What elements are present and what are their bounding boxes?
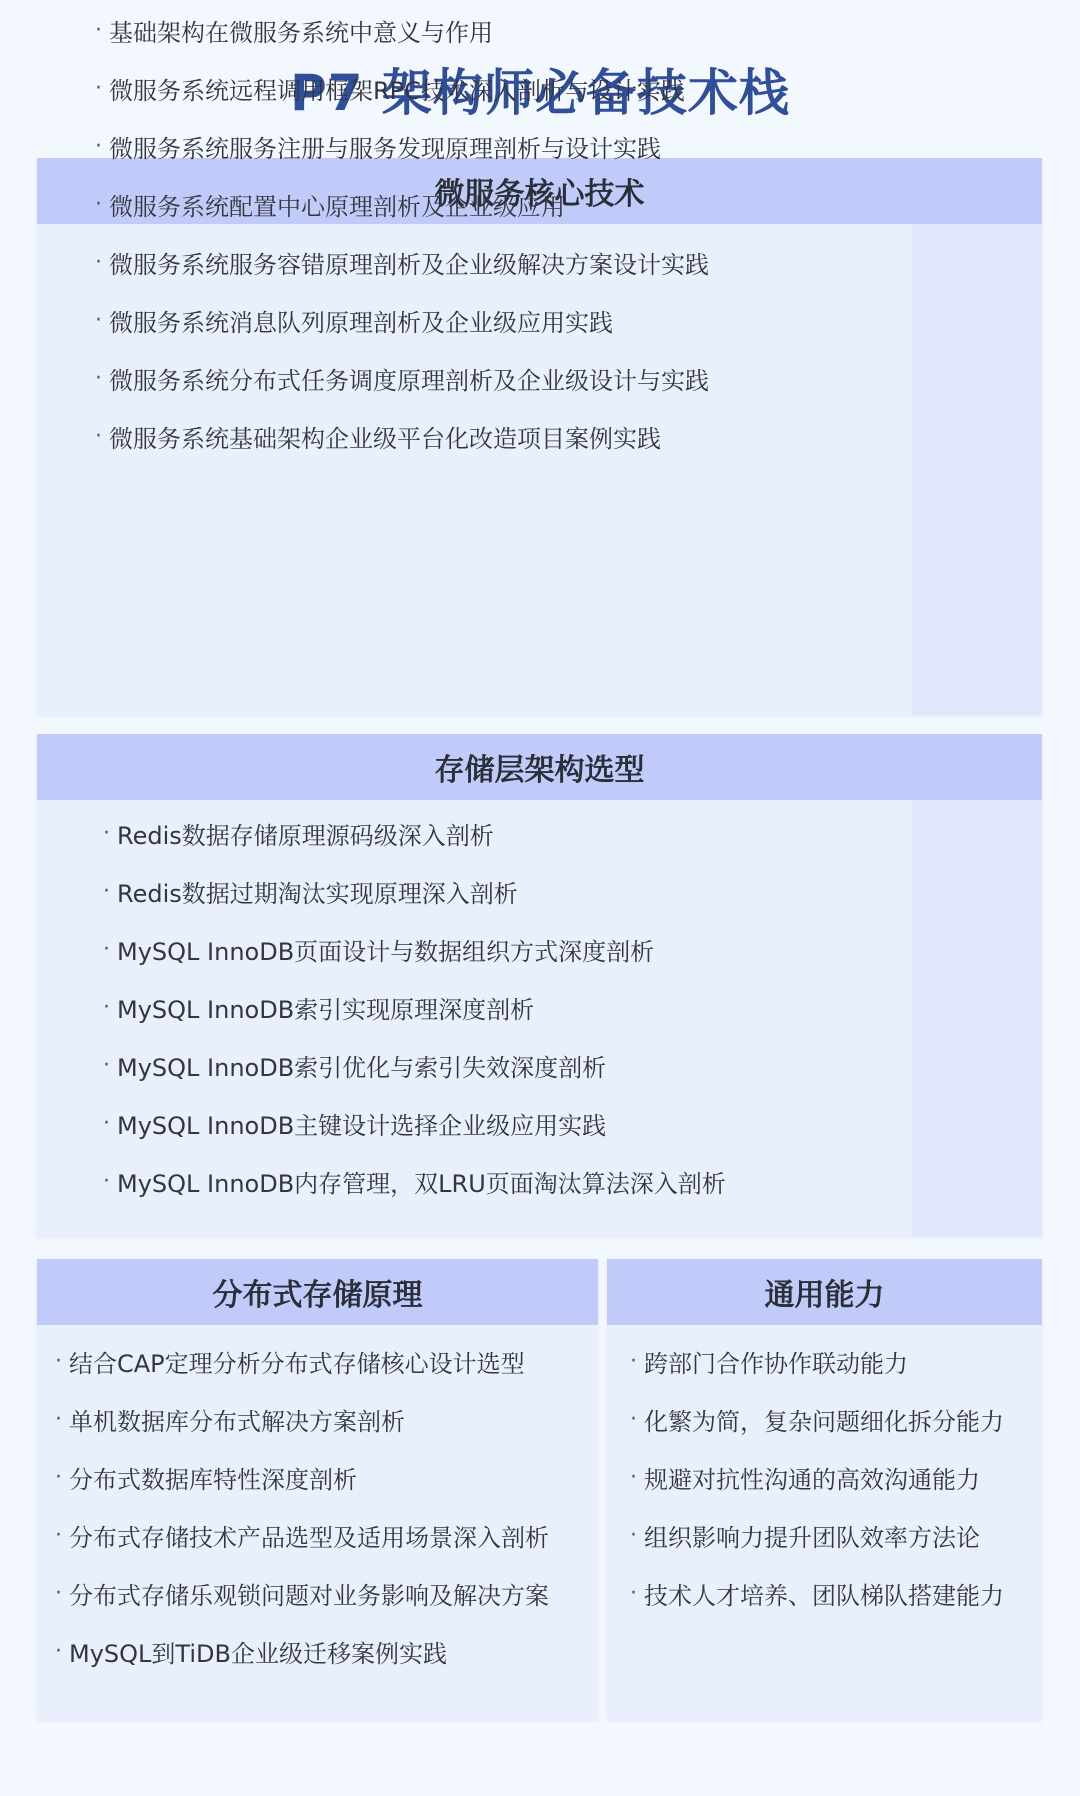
item-text: 分布式数据库特性深度剖析 xyxy=(69,1460,357,1495)
bullet-icon: · xyxy=(103,995,117,1020)
item-text: MySQL到TiDB企业级迁移案例实践 xyxy=(69,1634,447,1669)
item-text: Redis数据过期淘汰实现原理深入剖析 xyxy=(117,874,518,909)
bullet-icon: · xyxy=(630,1349,644,1374)
bullet-icon: · xyxy=(95,134,109,159)
bullet-icon: · xyxy=(103,1111,117,1136)
bullet-icon: · xyxy=(95,366,109,391)
list-item: ·MySQL InnoDB索引实现原理深度剖析 xyxy=(37,978,1042,1036)
item-text: MySQL InnoDB内存管理，双LRU页面淘汰算法深入剖析 xyxy=(117,1164,726,1199)
list-item: ·微服务系统服务容错原理剖析及企业级解决方案设计实践 xyxy=(37,233,1042,291)
list-item: ·组织影响力提升团队效率方法论 xyxy=(607,1506,1042,1564)
bullet-icon: · xyxy=(95,308,109,333)
bullet-icon: · xyxy=(95,76,109,101)
section-general-abilities: 通用能力 ·跨部门合作协作联动能力 ·化繁为简，复杂问题细化拆分能力 ·规避对抗… xyxy=(607,1259,1042,1720)
item-text: 微服务系统消息队列原理剖析及企业级应用实践 xyxy=(109,303,613,338)
section-microservices: 微服务核心技术 ·基础架构在微服务系统中意义与作用 ·微服务系统远程调用框架RP… xyxy=(37,158,1042,715)
list-item: ·规避对抗性沟通的高效沟通能力 xyxy=(607,1448,1042,1506)
section-storage: 存储层架构选型 ·Redis数据存储原理源码级深入剖析 ·Redis数据过期淘汰… xyxy=(37,734,1042,1237)
section-title: 分布式存储原理 xyxy=(213,1270,423,1314)
bullet-icon: · xyxy=(103,937,117,962)
item-text: 微服务系统服务注册与服务发现原理剖析与设计实践 xyxy=(109,129,661,164)
bullet-icon: · xyxy=(55,1349,69,1374)
item-text: MySQL InnoDB页面设计与数据组织方式深度剖析 xyxy=(117,932,654,967)
bullet-icon: · xyxy=(95,424,109,449)
section-header: 通用能力 xyxy=(607,1259,1042,1325)
item-list: ·基础架构在微服务系统中意义与作用 ·微服务系统远程调用框架RPC技术深入剖析与… xyxy=(37,0,1042,465)
list-item: ·单机数据库分布式解决方案剖析 xyxy=(37,1390,598,1448)
bullet-icon: · xyxy=(55,1523,69,1548)
item-text: 微服务系统分布式任务调度原理剖析及企业级设计与实践 xyxy=(109,361,709,396)
list-item: ·微服务系统分布式任务调度原理剖析及企业级设计与实践 xyxy=(37,349,1042,407)
list-item: ·MySQL InnoDB主键设计选择企业级应用实践 xyxy=(37,1094,1042,1152)
list-item: ·跨部门合作协作联动能力 xyxy=(607,1332,1042,1390)
section-title: 存储层架构选型 xyxy=(435,745,645,789)
list-item: ·化繁为简，复杂问题细化拆分能力 xyxy=(607,1390,1042,1448)
item-text: 结合CAP定理分析分布式存储核心设计选型 xyxy=(69,1344,525,1379)
list-item: ·微服务系统消息队列原理剖析及企业级应用实践 xyxy=(37,291,1042,349)
list-item: ·微服务系统服务注册与服务发现原理剖析与设计实践 xyxy=(37,117,1042,175)
list-item: ·技术人才培养、团队梯队搭建能力 xyxy=(607,1564,1042,1622)
bullet-icon: · xyxy=(95,250,109,275)
section-distributed-storage: 分布式存储原理 ·结合CAP定理分析分布式存储核心设计选型 ·单机数据库分布式解… xyxy=(37,1259,598,1720)
list-item: ·Redis数据存储原理源码级深入剖析 xyxy=(37,804,1042,862)
bullet-icon: · xyxy=(55,1407,69,1432)
item-text: 技术人才培养、团队梯队搭建能力 xyxy=(644,1576,1004,1611)
item-text: 单机数据库分布式解决方案剖析 xyxy=(69,1402,405,1437)
bullet-icon: · xyxy=(630,1581,644,1606)
list-item: ·Redis数据过期淘汰实现原理深入剖析 xyxy=(37,862,1042,920)
item-text: 化繁为简，复杂问题细化拆分能力 xyxy=(644,1402,1004,1437)
item-text: MySQL InnoDB索引优化与索引失效深度剖析 xyxy=(117,1048,606,1083)
bullet-icon: · xyxy=(55,1639,69,1664)
item-text: 微服务系统配置中心原理剖析及企业级应用 xyxy=(109,187,565,222)
item-list: ·跨部门合作协作联动能力 ·化繁为简，复杂问题细化拆分能力 ·规避对抗性沟通的高… xyxy=(607,1325,1042,1622)
list-item: ·MySQL InnoDB页面设计与数据组织方式深度剖析 xyxy=(37,920,1042,978)
bullet-icon: · xyxy=(55,1581,69,1606)
list-item: ·基础架构在微服务系统中意义与作用 xyxy=(37,1,1042,59)
list-item: ·分布式存储技术产品选型及适用场景深入剖析 xyxy=(37,1506,598,1564)
list-item: ·MySQL InnoDB索引优化与索引失效深度剖析 xyxy=(37,1036,1042,1094)
bullet-icon: · xyxy=(103,1053,117,1078)
list-item: ·结合CAP定理分析分布式存储核心设计选型 xyxy=(37,1332,598,1390)
item-text: MySQL InnoDB索引实现原理深度剖析 xyxy=(117,990,534,1025)
item-text: 微服务系统服务容错原理剖析及企业级解决方案设计实践 xyxy=(109,245,709,280)
bullet-icon: · xyxy=(103,821,117,846)
item-text: 分布式存储乐观锁问题对业务影响及解决方案 xyxy=(69,1576,549,1611)
bullet-icon: · xyxy=(55,1465,69,1490)
item-text: 微服务系统远程调用框架RPC技术深入剖析与设计实践 xyxy=(109,71,685,106)
item-text: 跨部门合作协作联动能力 xyxy=(644,1344,908,1379)
list-item: ·MySQL到TiDB企业级迁移案例实践 xyxy=(37,1622,598,1680)
bullet-icon: · xyxy=(103,879,117,904)
item-text: MySQL InnoDB主键设计选择企业级应用实践 xyxy=(117,1106,606,1141)
item-text: 组织影响力提升团队效率方法论 xyxy=(644,1518,980,1553)
bullet-icon: · xyxy=(630,1523,644,1548)
list-item: ·微服务系统配置中心原理剖析及企业级应用 xyxy=(37,175,1042,233)
bullet-icon: · xyxy=(95,18,109,43)
item-text: 微服务系统基础架构企业级平台化改造项目案例实践 xyxy=(109,419,661,454)
bullet-icon: · xyxy=(103,1169,117,1194)
list-item: ·微服务系统远程调用框架RPC技术深入剖析与设计实践 xyxy=(37,59,1042,117)
bullet-icon: · xyxy=(630,1465,644,1490)
section-header: 分布式存储原理 xyxy=(37,1259,598,1325)
section-title: 通用能力 xyxy=(765,1270,885,1314)
item-text: 分布式存储技术产品选型及适用场景深入剖析 xyxy=(69,1518,549,1553)
item-text: 基础架构在微服务系统中意义与作用 xyxy=(109,13,493,48)
item-text: Redis数据存储原理源码级深入剖析 xyxy=(117,816,494,851)
item-text: 规避对抗性沟通的高效沟通能力 xyxy=(644,1460,980,1495)
list-item: ·MySQL InnoDB内存管理，双LRU页面淘汰算法深入剖析 xyxy=(37,1152,1042,1210)
list-item: ·分布式存储乐观锁问题对业务影响及解决方案 xyxy=(37,1564,598,1622)
section-header: 存储层架构选型 xyxy=(37,734,1042,800)
bullet-icon: · xyxy=(630,1407,644,1432)
bullet-icon: · xyxy=(95,192,109,217)
item-list: ·Redis数据存储原理源码级深入剖析 ·Redis数据过期淘汰实现原理深入剖析… xyxy=(37,800,1042,1210)
list-item: ·微服务系统基础架构企业级平台化改造项目案例实践 xyxy=(37,407,1042,465)
list-item: ·分布式数据库特性深度剖析 xyxy=(37,1448,598,1506)
item-list: ·结合CAP定理分析分布式存储核心设计选型 ·单机数据库分布式解决方案剖析 ·分… xyxy=(37,1325,598,1680)
